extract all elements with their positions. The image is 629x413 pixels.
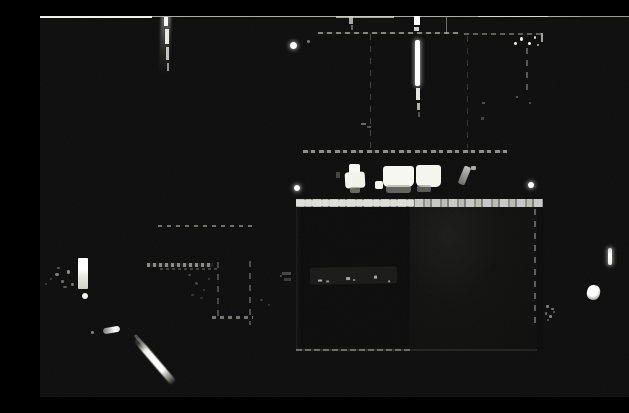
fixture-fringe bbox=[386, 185, 411, 193]
frame-column-right bbox=[526, 48, 528, 94]
faint-box-speck bbox=[195, 282, 198, 285]
photo-top-edge-bright-segment bbox=[478, 16, 548, 17]
vertical-rod-highlight bbox=[417, 103, 420, 110]
photo-top-edge-dim-segment bbox=[580, 16, 629, 17]
left-speckle bbox=[45, 283, 47, 285]
left-speckle bbox=[55, 273, 59, 276]
vertical-rod-highlight bbox=[414, 27, 419, 31]
vertical-rod-highlight bbox=[418, 112, 420, 117]
faint-box-band bbox=[147, 263, 213, 267]
frame-speck bbox=[529, 102, 531, 104]
frame-top-tick bbox=[351, 25, 353, 30]
photo-top-edge-bright-segment bbox=[336, 16, 394, 18]
crosshead-line bbox=[464, 33, 542, 35]
vertical-rod-highlight bbox=[414, 16, 420, 25]
frame-speck bbox=[482, 102, 485, 104]
faint-box-speck bbox=[203, 289, 205, 291]
faint-box-speck bbox=[200, 297, 203, 299]
left-speckle bbox=[57, 267, 60, 269]
left-pole-highlight-dash bbox=[165, 29, 169, 44]
fixture-fringe bbox=[350, 187, 360, 193]
specular-knob-dot bbox=[528, 182, 534, 188]
left-bright-bar bbox=[78, 258, 88, 289]
right-speckle bbox=[549, 315, 552, 318]
cabinet-door-opening bbox=[410, 207, 537, 351]
nameplate-speck bbox=[326, 280, 329, 282]
faint-box-speck bbox=[188, 274, 191, 276]
faint-box-band bbox=[160, 268, 220, 270]
right-bright-dash bbox=[608, 248, 612, 265]
frame-speck bbox=[516, 96, 518, 98]
left-speck bbox=[91, 331, 94, 334]
panel-side-mark bbox=[280, 275, 282, 277]
frame-corner-speck bbox=[537, 44, 539, 46]
left-bright-dash bbox=[103, 326, 121, 335]
vertical-rod-highlight bbox=[415, 40, 420, 86]
specular-knob-dot bbox=[294, 185, 300, 191]
frame-corner-speck bbox=[520, 37, 523, 41]
crosshead-corner-tick bbox=[541, 33, 543, 42]
crosshead-line bbox=[318, 32, 460, 34]
frame-column-left bbox=[370, 34, 371, 152]
faint-box-top-line bbox=[158, 225, 254, 227]
faint-box-bottom-line bbox=[212, 316, 253, 319]
nameplate-speck bbox=[374, 276, 377, 279]
vertical-rod-highlight bbox=[416, 88, 420, 100]
frame-speck bbox=[361, 123, 366, 125]
left-speckle bbox=[50, 278, 52, 280]
frame-column-mid bbox=[467, 36, 468, 148]
stray-speck bbox=[260, 299, 263, 301]
fixture-speck bbox=[336, 172, 340, 178]
frame-corner-speck bbox=[514, 42, 517, 45]
cabinet-right-edge bbox=[534, 209, 536, 327]
right-speckle bbox=[553, 311, 555, 313]
faint-box-speck bbox=[191, 294, 194, 296]
left-speckle bbox=[71, 283, 74, 286]
fixture-fringe bbox=[417, 185, 431, 192]
nameplate-speck bbox=[388, 280, 390, 282]
panel-side-mark bbox=[284, 278, 291, 281]
right-speckle bbox=[546, 305, 549, 308]
right-speckle bbox=[551, 308, 554, 310]
cabinet-bottom-edge bbox=[296, 349, 410, 351]
frame-top-tick bbox=[349, 16, 353, 24]
frame-speck bbox=[481, 117, 484, 120]
frame-column-short bbox=[446, 17, 447, 34]
fixture-blob bbox=[383, 166, 414, 187]
right-bright-blob bbox=[585, 284, 601, 302]
specular-knob-dot bbox=[290, 42, 297, 49]
cabinet-nameplate bbox=[310, 266, 397, 285]
frame-corner-speck bbox=[534, 36, 536, 39]
right-speckle bbox=[547, 319, 549, 321]
left-speckle bbox=[67, 270, 70, 274]
fixture-blob bbox=[345, 171, 366, 188]
left-pole-highlight-dash bbox=[167, 63, 169, 71]
specular-speck bbox=[307, 40, 310, 43]
right-speckle bbox=[545, 312, 547, 315]
stray-speck bbox=[268, 304, 270, 306]
nameplate-speck bbox=[353, 279, 355, 281]
fixture-dot bbox=[375, 181, 383, 189]
photo bbox=[40, 16, 629, 397]
fixture-tick bbox=[458, 165, 472, 185]
left-pole-highlight-dash bbox=[166, 47, 169, 60]
fixture-speck bbox=[471, 166, 476, 170]
left-speckle bbox=[63, 286, 67, 288]
faint-box-left-edge bbox=[217, 262, 219, 320]
cabinet-opening-bottom-edge bbox=[410, 349, 537, 351]
frame-corner-speck bbox=[528, 42, 531, 45]
photo-top-edge-bright-segment bbox=[40, 16, 152, 18]
frame-speck bbox=[367, 126, 371, 128]
fixture-blob bbox=[416, 165, 441, 187]
nameplate-speck bbox=[346, 277, 350, 280]
left-bright-dot bbox=[82, 293, 88, 299]
faint-box-speck bbox=[208, 278, 210, 280]
nameplate-speck bbox=[318, 280, 322, 282]
left-speckle bbox=[61, 280, 64, 283]
left-pole-highlight-dash bbox=[164, 17, 168, 26]
machine-top-line bbox=[303, 150, 511, 153]
panel-side-mark bbox=[282, 272, 291, 275]
